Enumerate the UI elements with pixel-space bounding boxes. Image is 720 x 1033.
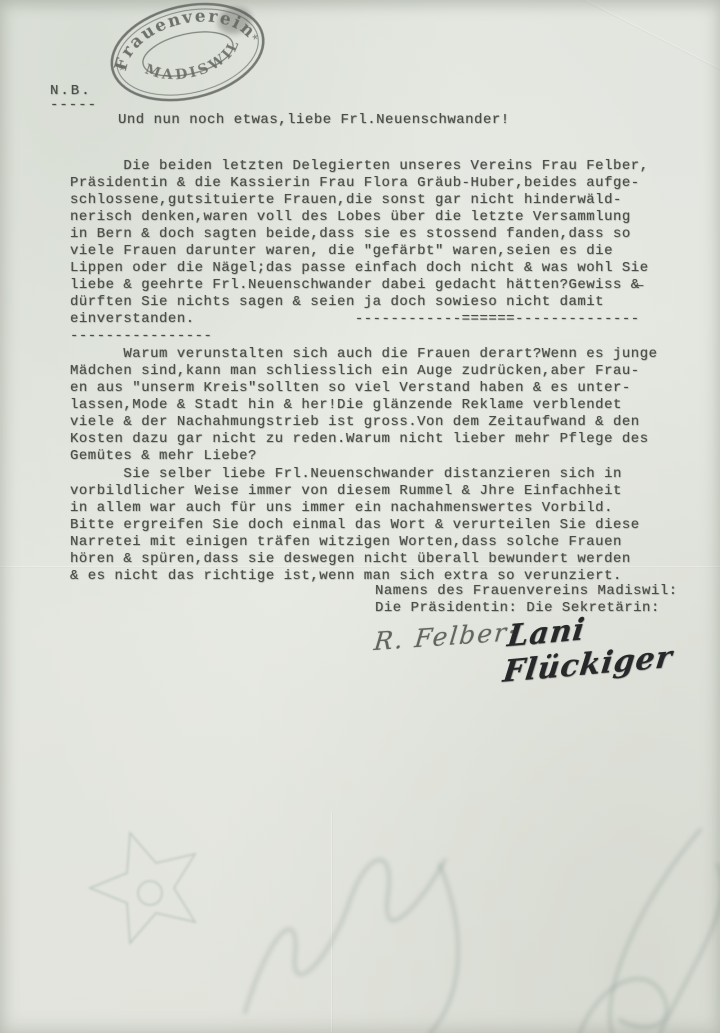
paper-edge-shading [0,0,720,1033]
letter-page: Frauenverein MADISWIL * * N.B. ----- Und… [0,0,720,1033]
